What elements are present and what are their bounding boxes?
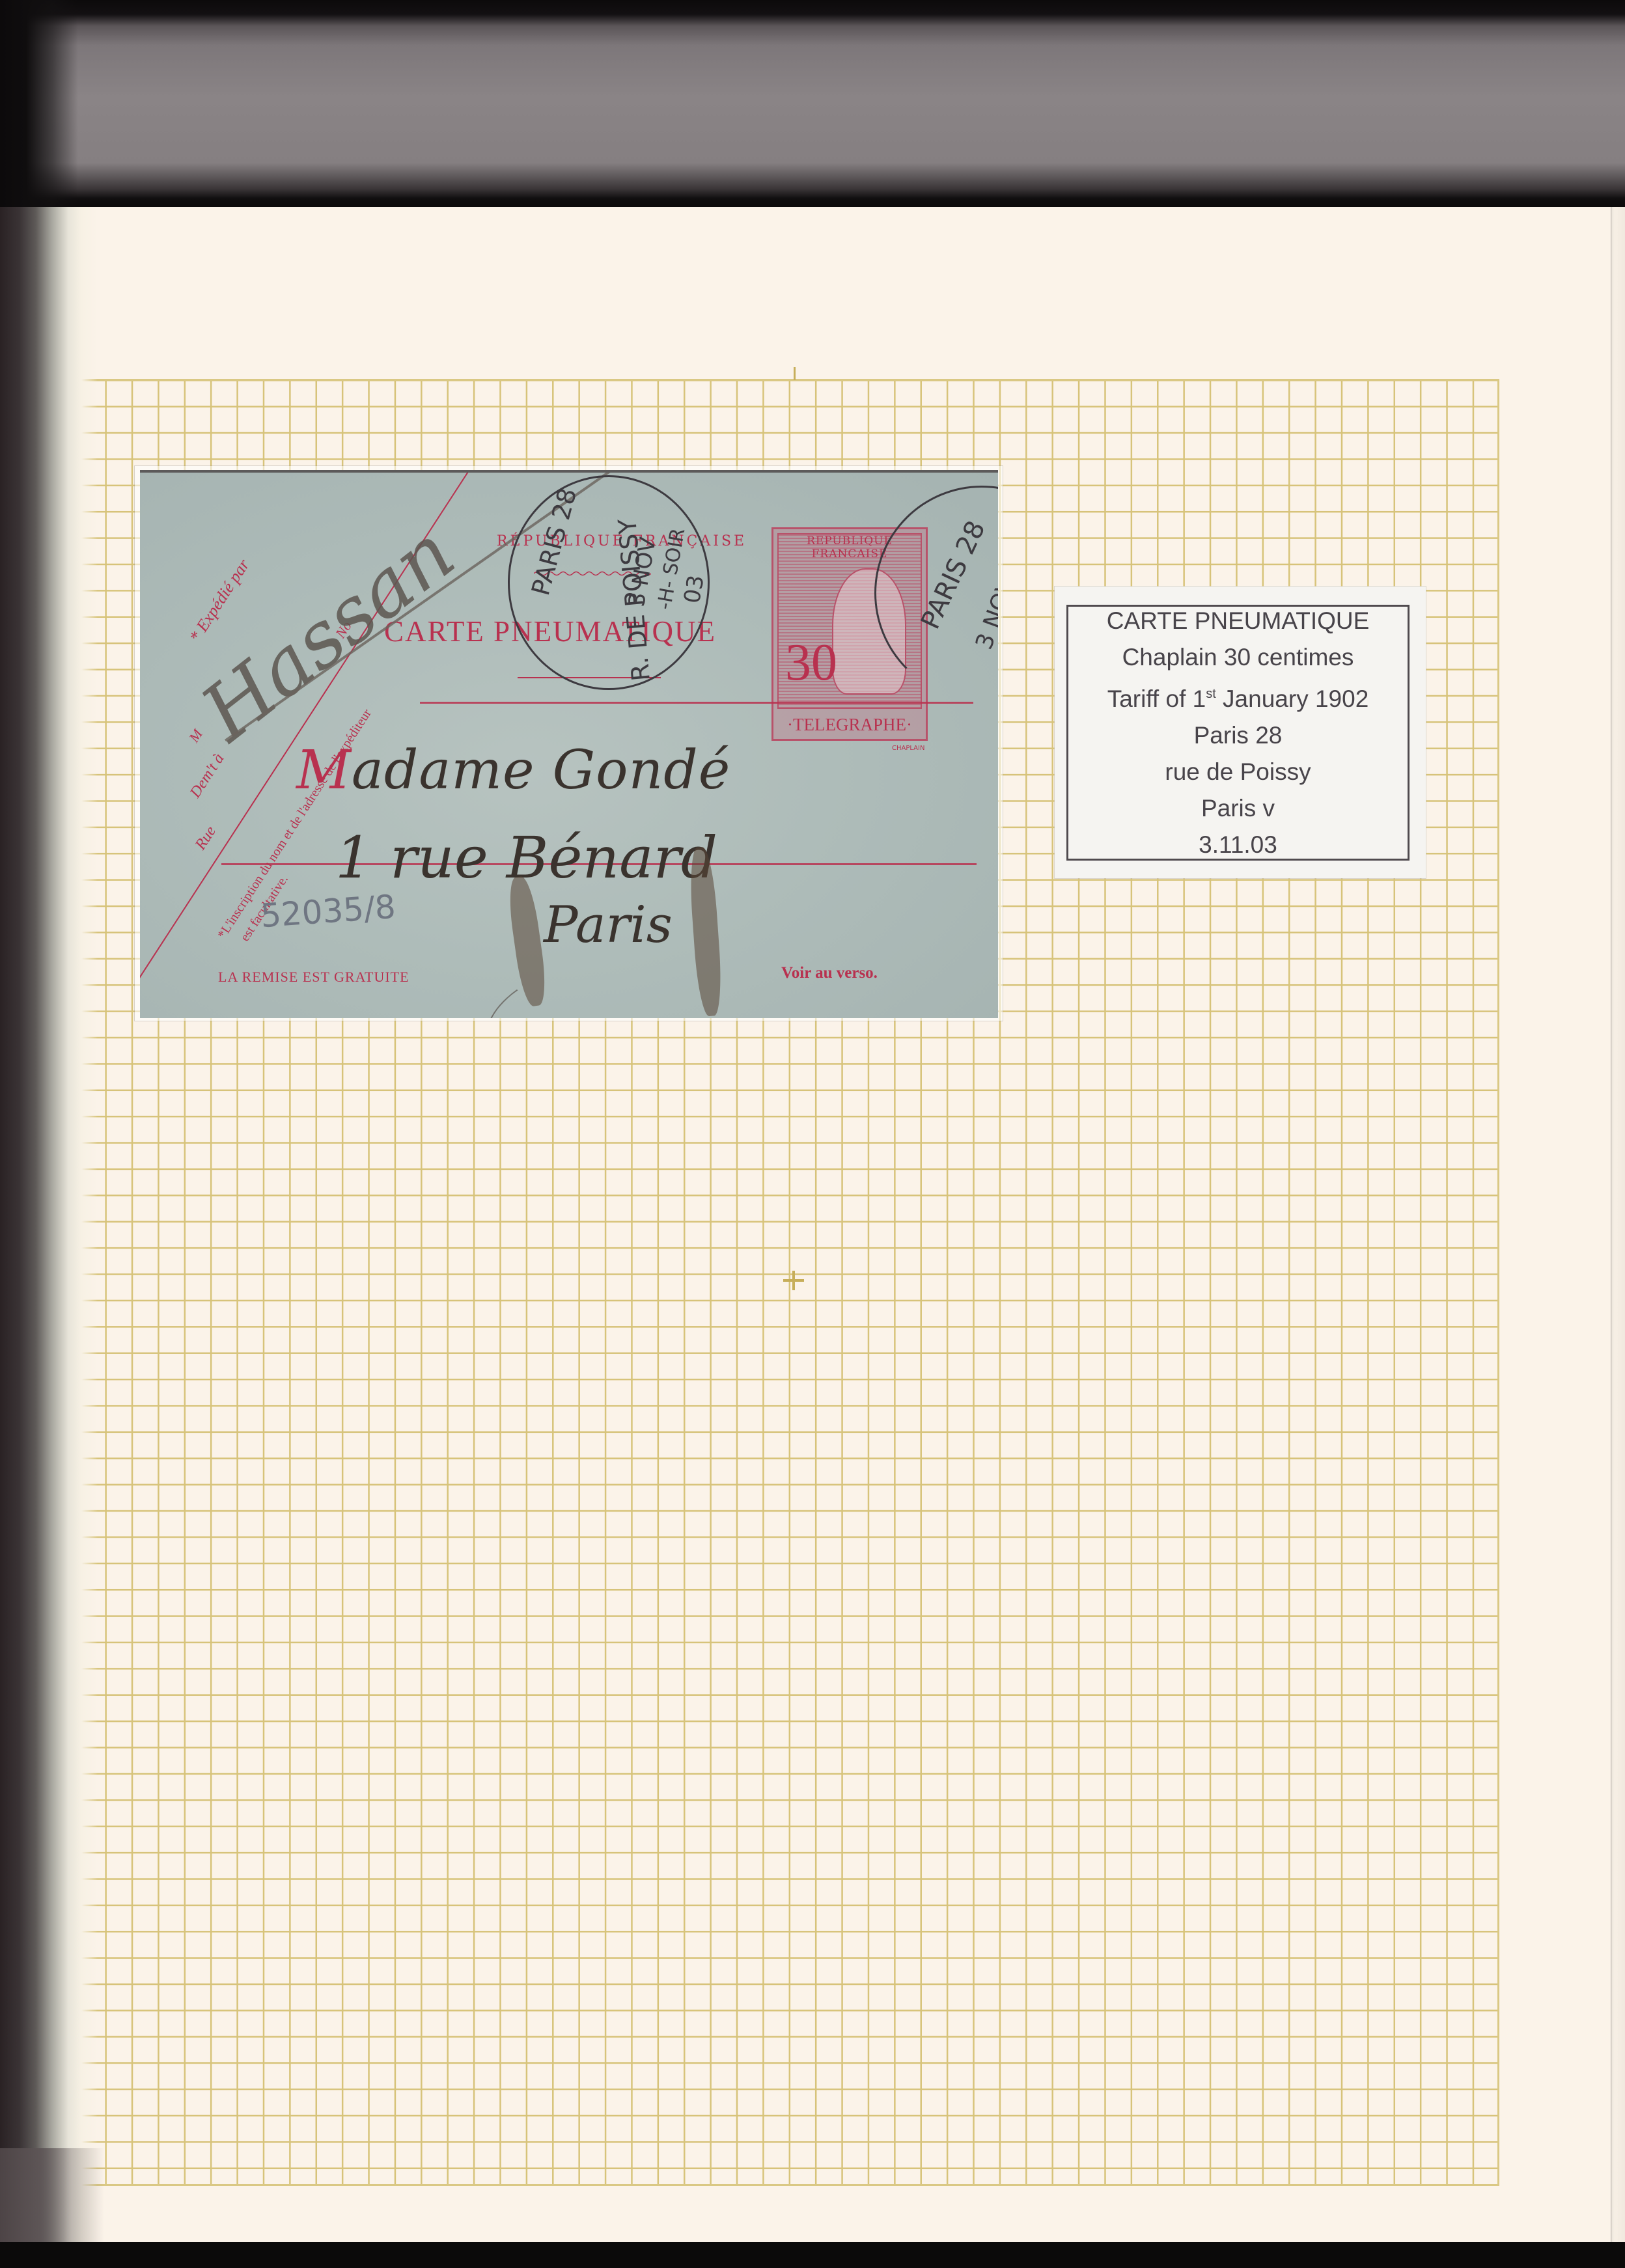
label-tariff: Tariff of 1st January 1902 [1107, 676, 1369, 717]
description-label-box: CARTE PNEUMATIQUE Chaplain 30 centimes T… [1066, 605, 1410, 861]
label-office: Paris 28 [1194, 717, 1283, 754]
sender-label-rue: Rue [192, 823, 220, 853]
scanner-bottom-band [0, 2242, 1625, 2268]
page-edge [1611, 207, 1625, 2267]
ink-stain [505, 875, 549, 1008]
sender-label-m: M [186, 726, 206, 746]
label-date: 3.11.03 [1199, 827, 1277, 863]
pneumatic-card: RÉPUBLIQUE FRANÇAISE CARTE PNEUMATIQUE *… [140, 470, 998, 1018]
description-label: CARTE PNEUMATIQUE Chaplain 30 centimes T… [1055, 587, 1426, 878]
address-recipient: Madame Gondé [296, 740, 730, 801]
binding-shadow-bottom [0, 2148, 104, 2252]
label-destination: Paris v [1201, 790, 1275, 827]
card-perforation-left [140, 473, 145, 1018]
address-city: Paris [544, 896, 673, 954]
postmark-year: 03 [679, 573, 710, 605]
postmark-date: 3 NOV [971, 574, 998, 653]
center-tick-mark [794, 367, 796, 380]
postmark-city: PARIS 28 [526, 485, 582, 598]
scanner-shadow [0, 0, 78, 207]
card-footer-right: Voir au verso. [781, 964, 878, 982]
center-crosshair-icon-vertical [792, 1271, 795, 1290]
scanner-lid-band [0, 0, 1625, 207]
address-rule-1 [420, 702, 973, 704]
label-stamp: Chaplain 30 centimes [1122, 639, 1354, 676]
album-binding-gutter [0, 207, 98, 2267]
stamp-value: 30 [785, 633, 837, 693]
stamp-telegraphe: ·TELEGRAPHE· [773, 715, 926, 735]
sender-label-demeurant: Dem't à [187, 751, 229, 801]
label-street: rue de Poissy [1165, 754, 1311, 790]
stamp-engraver: CHAPLAIN [892, 745, 924, 752]
sender-label-expedie: * Expédié par [186, 556, 254, 646]
label-title: CARTE PNEUMATIQUE [1107, 603, 1370, 639]
card-footer-left: LA REMISE EST GRATUITE [218, 969, 410, 986]
postmark-rue-de-poissy: PARIS 28 R. DE POISSY 3 NOV -H- SOIR 03 [508, 475, 710, 690]
